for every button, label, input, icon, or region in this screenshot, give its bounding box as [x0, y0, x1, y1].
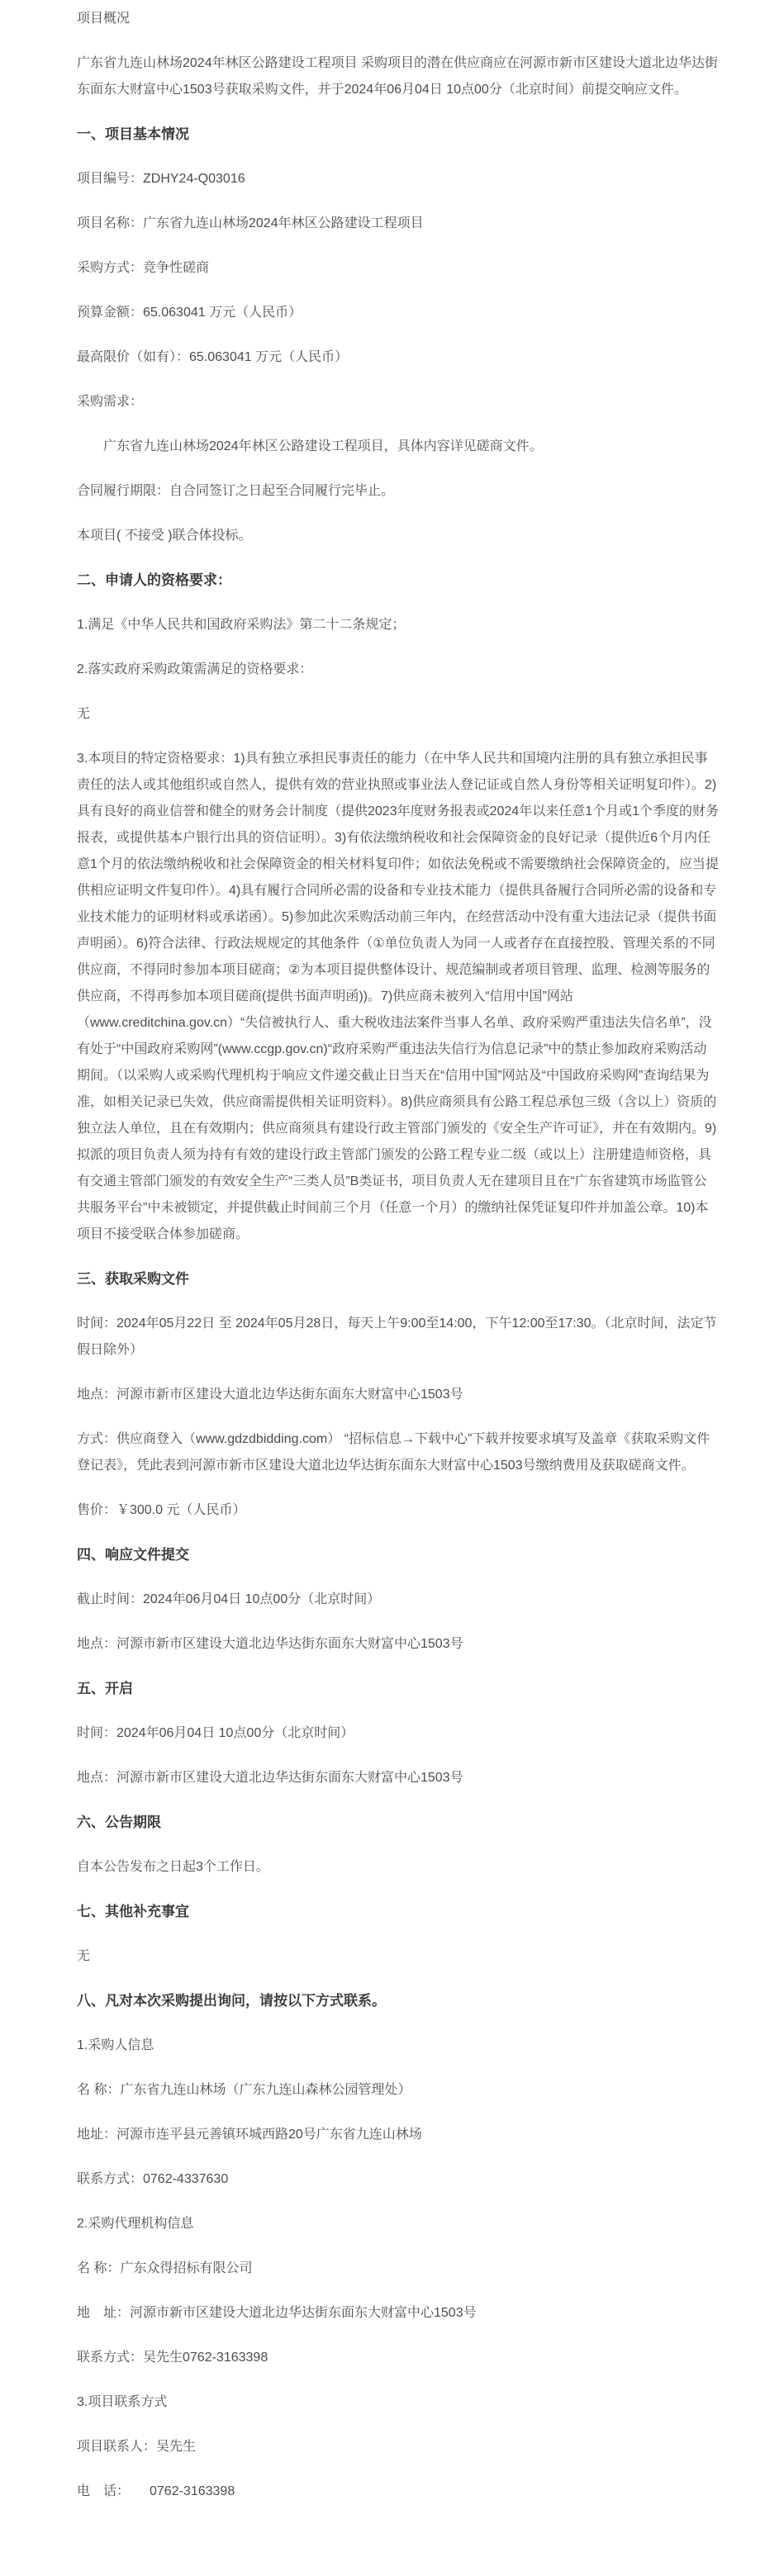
- section-qualification: 二、申请人的资格要求： 1.满足《中华人民共和国政府采购法》第二十二条规定； 2…: [77, 567, 719, 1248]
- qualification-item-1: 1.满足《中华人民共和国政府采购法》第二十二条规定；: [77, 612, 719, 638]
- overview-text: 广东省九连山林场2024年林区公路建设工程项目 采购项目的潜在供应商应在河源市新…: [77, 50, 719, 103]
- announcement-period-text: 自本公告发布之日起3个工作日。: [77, 1854, 719, 1881]
- section-heading: 三、获取采购文件: [77, 1266, 719, 1293]
- project-contact-person: 项目联系人：吴先生: [77, 2434, 719, 2460]
- procurement-demand-label: 采购需求：: [77, 389, 719, 415]
- qualification-item-3: 3.本项目的特定资格要求：1)具有独立承担民事责任的能力（在中华人民共和国境内注…: [77, 746, 719, 1248]
- overview-label: 项目概况: [77, 6, 719, 32]
- agency-phone: 联系方式：吴先生0762-3163398: [77, 2345, 719, 2371]
- purchaser-name: 名 称：广东省九连山林场（广东九连山森林公园管理处）: [77, 2077, 719, 2104]
- qualification-item-2-value: 无: [77, 701, 719, 728]
- procurement-method: 采购方式：竞争性磋商: [77, 255, 719, 282]
- obtain-location: 地点：河源市新市区建设大道北边华达街东面东大财富中心1503号: [77, 1382, 719, 1408]
- project-contact-label: 3.项目联系方式: [77, 2389, 719, 2416]
- section-heading: 四、响应文件提交: [77, 1542, 719, 1568]
- section-response-submission: 四、响应文件提交 截止时间：2024年06月04日 10点00分（北京时间） 地…: [77, 1542, 719, 1658]
- section-heading: 五、开启: [77, 1676, 719, 1702]
- opening-location: 地点：河源市新市区建设大道北边华达街东面东大财富中心1503号: [77, 1765, 719, 1791]
- section-heading: 七、其他补充事宜: [77, 1899, 719, 1925]
- agency-address: 地 址：河源市新市区建设大道北边华达街东面东大财富中心1503号: [77, 2300, 719, 2327]
- purchaser-address: 地址：河源市连平县元善镇环城西路20号广东省九连山林场: [77, 2122, 719, 2148]
- consortium-bid-note: 本项目( 不接受 )联合体投标。: [77, 523, 719, 549]
- section-heading: 一、项目基本情况: [77, 121, 719, 148]
- other-matters-text: 无: [77, 1943, 719, 1970]
- section-basic-info: 一、项目基本情况 项目编号：ZDHY24-Q03016 项目名称：广东省九连山林…: [77, 121, 719, 549]
- section-opening: 五、开启 时间：2024年06月04日 10点00分（北京时间） 地点：河源市新…: [77, 1676, 719, 1791]
- section-obtain-documents: 三、获取采购文件 时间：2024年05月22日 至 2024年05月28日，每天…: [77, 1266, 719, 1524]
- section-contact-info: 八、凡对本次采购提出询问，请按以下方式联系。 1.采购人信息 名 称：广东省九连…: [77, 1988, 719, 2505]
- purchaser-phone: 联系方式：0762-4337630: [77, 2166, 719, 2193]
- agency-info-label: 2.采购代理机构信息: [77, 2211, 719, 2237]
- document-price: 售价：￥300.0 元（人民币）: [77, 1497, 719, 1524]
- opening-time: 时间：2024年06月04日 10点00分（北京时间）: [77, 1720, 719, 1747]
- purchaser-info-label: 1.采购人信息: [77, 2033, 719, 2059]
- procurement-demand-text: 广东省九连山林场2024年林区公路建设工程项目，具体内容详见磋商文件。: [77, 434, 719, 460]
- project-name: 项目名称：广东省九连山林场2024年林区公路建设工程项目: [77, 211, 719, 237]
- qualification-item-2: 2.落实政府采购政策需满足的资格要求：: [77, 657, 719, 683]
- submission-deadline: 截止时间：2024年06月04日 10点00分（北京时间）: [77, 1587, 719, 1613]
- section-other-matters: 七、其他补充事宜 无: [77, 1899, 719, 1970]
- section-heading: 二、申请人的资格要求：: [77, 567, 719, 594]
- procurement-announcement-page: 项目概况 广东省九连山林场2024年林区公路建设工程项目 采购项目的潜在供应商应…: [0, 0, 765, 2576]
- project-contact-phone: 电 话： 0762-3163398: [77, 2479, 719, 2505]
- obtain-time: 时间：2024年05月22日 至 2024年05月28日，每天上午9:00至14…: [77, 1311, 719, 1364]
- project-number: 项目编号：ZDHY24-Q03016: [77, 166, 719, 192]
- section-announcement-period: 六、公告期限 自本公告发布之日起3个工作日。: [77, 1810, 719, 1881]
- section-heading: 八、凡对本次采购提出询问，请按以下方式联系。: [77, 1988, 719, 2014]
- budget-amount: 预算金额：65.063041 万元（人民币）: [77, 300, 719, 326]
- submission-location: 地点：河源市新市区建设大道北边华达街东面东大财富中心1503号: [77, 1631, 719, 1658]
- section-heading: 六、公告期限: [77, 1810, 719, 1836]
- contract-period: 合同履行期限：自合同签订之日起至合同履行完毕止。: [77, 478, 719, 505]
- agency-name: 名 称：广东众得招标有限公司: [77, 2256, 719, 2282]
- max-price-limit: 最高限价（如有）：65.063041 万元（人民币）: [77, 344, 719, 371]
- obtain-method: 方式：供应商登入（www.gdzdbidding.com） “招标信息→下载中心…: [77, 1426, 719, 1479]
